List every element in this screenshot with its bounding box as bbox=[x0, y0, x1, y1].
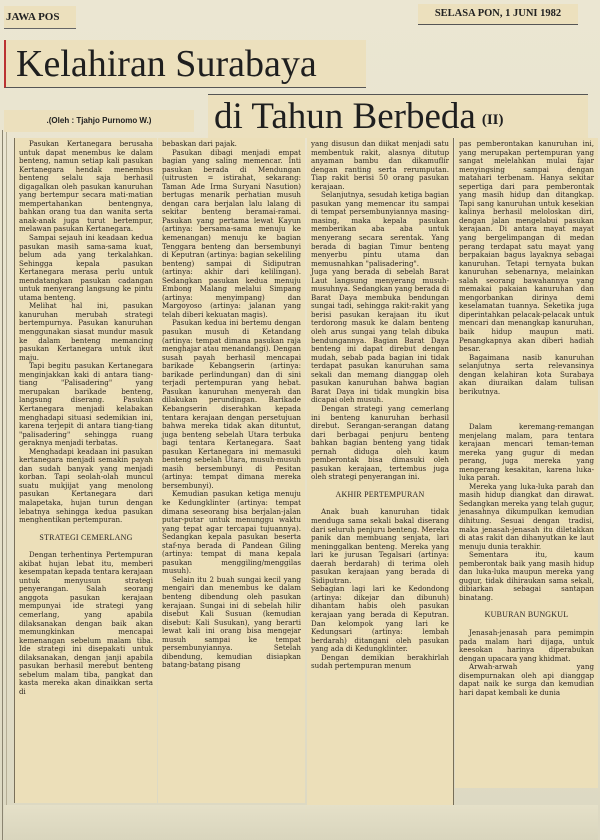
paragraph: Dalam keremang-remangan menjelang malam,… bbox=[459, 423, 594, 483]
paragraph: Melihat hal ini, pasukan kanuruhan merub… bbox=[19, 302, 153, 362]
paragraph: Dengan strategi yang cemerlang ini bente… bbox=[311, 405, 449, 482]
paragraph: Selanjutnya, sesudah ketiga bagian pasuk… bbox=[311, 191, 449, 268]
paragraph: Sebagian lagi lari ke Kedondong (artinya… bbox=[311, 585, 449, 653]
headline-line-1: Kelahiran Surabaya bbox=[4, 40, 366, 88]
paragraph: Mereka yang luka-luka parah dan masih hi… bbox=[459, 483, 594, 551]
blank-paper-area bbox=[4, 805, 598, 840]
paragraph: Pasukan kedua ini bertemu dengan pasukan… bbox=[162, 319, 301, 490]
paragraph: Jenasah-jenasah para pemimpin pada malam… bbox=[459, 629, 594, 663]
paragraph: Dengan terhentinya Pertempuran akibat hu… bbox=[19, 551, 153, 696]
paragraph: Bagaimana nasib kanuruhan selanjutnya se… bbox=[459, 354, 594, 397]
headline-line-2-text: di Tahun Berbeda bbox=[214, 96, 476, 137]
paragraph: Anak buah kanuruhan tidak menduga sama s… bbox=[311, 508, 449, 585]
subheading-kuburan-bungkul: KUBURAN BUNGKUL bbox=[459, 611, 594, 620]
article-column-1: Pasukan Kertanegara berusaha untuk dapat… bbox=[14, 138, 157, 803]
section-break bbox=[459, 405, 594, 414]
article-column-3: yang disusun dan diikat menjadi satu mem… bbox=[307, 138, 454, 808]
paragraph: Kemudian pasukan ketiga menuju ke Kedung… bbox=[162, 490, 301, 575]
paragraph: Dengan demikian berakhirlah sudah pertem… bbox=[311, 654, 449, 671]
paragraph: Pasukan dibagi menjadi empat bagian yang… bbox=[162, 149, 301, 320]
paragraph: Sementara itu, kaum pemberontak baik yan… bbox=[459, 551, 594, 602]
paragraph: Arwah-arwah yang disempurnakan oleh api … bbox=[459, 663, 594, 697]
article-column-4: pas pemberontakan kanuruhan ini, yang me… bbox=[455, 138, 598, 788]
article-column-2: bebaskan dari pajak. Pasukan dibagi menj… bbox=[158, 138, 305, 803]
series-part-number: (II) bbox=[482, 112, 504, 128]
paragraph: Menghadapi keadaan ini pasukan kertanega… bbox=[19, 448, 153, 525]
subheading-strategi-cemerlang: STRATEGI CEMERLANG bbox=[19, 534, 153, 543]
byline: .(Oleh : Tjahjo Purnomo W.) bbox=[4, 110, 194, 132]
newspaper-masthead: JAWA POS bbox=[4, 6, 76, 29]
paragraph: Juga yang berada di sebelah Barat Laut l… bbox=[311, 268, 449, 405]
page-edge bbox=[2, 130, 7, 840]
paragraph: Sampai sejauh ini keadaan kedua pasukan … bbox=[19, 234, 153, 302]
headline-line-2: di Tahun Berbeda(II) bbox=[208, 94, 588, 138]
paragraph: yang disusun dan diikat menjadi satu mem… bbox=[311, 140, 449, 191]
paragraph: Selain itu 2 buah sungai kecil yang meng… bbox=[162, 576, 301, 670]
paragraph: Tapi begitu pasukan Kertanegara menginja… bbox=[19, 362, 153, 447]
paragraph: pas pemberontakan kanuruhan ini, yang me… bbox=[459, 140, 594, 354]
paragraph: Pasukan Kertanegara berusaha untuk dapat… bbox=[19, 140, 153, 234]
dateline: SELASA PON, 1 JUNI 1982 bbox=[418, 4, 578, 25]
subheading-akhir-pertempuran: AKHIR PERTEMPURAN bbox=[311, 491, 449, 500]
